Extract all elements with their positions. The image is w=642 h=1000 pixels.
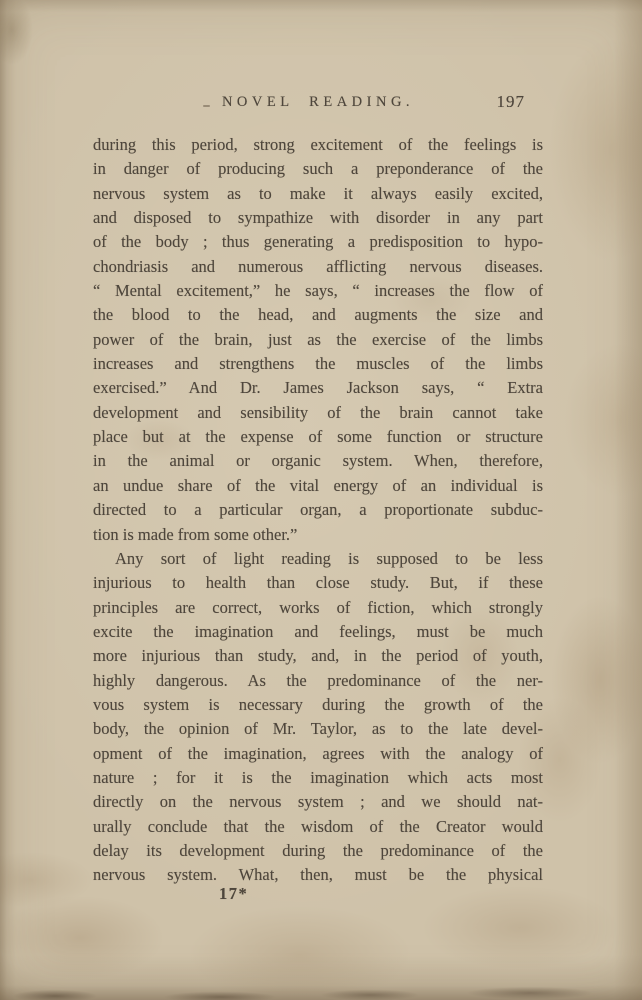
body-text: during this period, strong excitement of… bbox=[93, 133, 543, 888]
text-line: during this period, strong excitement of… bbox=[93, 133, 543, 157]
text-line: injurious to health than close study. Bu… bbox=[93, 571, 543, 595]
text-line: exercised.” And Dr. James Jackson says, … bbox=[93, 376, 543, 400]
text-line: and disposed to sympathize with disorder… bbox=[93, 206, 543, 230]
text-line: place but at the expense of some functio… bbox=[93, 425, 543, 449]
running-head: NOVEL READING. 197 bbox=[93, 94, 543, 114]
text-line: an undue share of the vital energy of an… bbox=[93, 474, 543, 498]
signature-mark: 17* bbox=[219, 884, 248, 904]
text-line: Any sort of light reading is supposed to… bbox=[93, 547, 543, 571]
text-line: increases and strengthens the muscles of… bbox=[93, 352, 543, 376]
text-line: in danger of producing such a prepondera… bbox=[93, 157, 543, 181]
text-line: delay its development during the predomi… bbox=[93, 839, 543, 863]
text-line: directly on the nervous system ; and we … bbox=[93, 790, 543, 814]
paragraph: Any sort of light reading is supposed to… bbox=[93, 547, 543, 888]
book-page-scan: NOVEL READING. 197 during this period, s… bbox=[0, 0, 642, 1000]
paragraph: during this period, strong excitement of… bbox=[93, 133, 543, 547]
text-line: nature ; for it is the imagination which… bbox=[93, 766, 543, 790]
text-line: tion is made from some other.” bbox=[93, 523, 543, 547]
text-line: more injurious than study, and, in the p… bbox=[93, 644, 543, 668]
text-line: excite the imagination and feelings, mus… bbox=[93, 620, 543, 644]
running-head-title: NOVEL READING. bbox=[93, 94, 543, 111]
text-line: development and sensibility of the brain… bbox=[93, 401, 543, 425]
page-number: 197 bbox=[497, 92, 526, 112]
text-line: directed to a particular organ, a propor… bbox=[93, 498, 543, 522]
text-line: of the body ; thus generating a predispo… bbox=[93, 230, 543, 254]
text-line: power of the brain, just as the exercise… bbox=[93, 328, 543, 352]
text-line: urally conclude that the wisdom of the C… bbox=[93, 815, 543, 839]
ink-speck-mark bbox=[203, 105, 210, 107]
text-line: principles are correct, works of fiction… bbox=[93, 596, 543, 620]
text-line: chondriasis and numerous afflicting nerv… bbox=[93, 255, 543, 279]
text-line: highly dangerous. As the predominance of… bbox=[93, 669, 543, 693]
text-line: body, the opinion of Mr. Taylor, as to t… bbox=[93, 717, 543, 741]
text-line: nervous system as to make it always easi… bbox=[93, 182, 543, 206]
text-line: in the animal or organic system. When, t… bbox=[93, 449, 543, 473]
text-line: “ Mental excitement,” he says, “ increas… bbox=[93, 279, 543, 303]
text-line: vous system is necessary during the grow… bbox=[93, 693, 543, 717]
text-line: the blood to the head, and augments the … bbox=[93, 303, 543, 327]
text-line: nervous system. What, then, must be the … bbox=[93, 863, 543, 887]
text-line: opment of the imagination, agrees with t… bbox=[93, 742, 543, 766]
